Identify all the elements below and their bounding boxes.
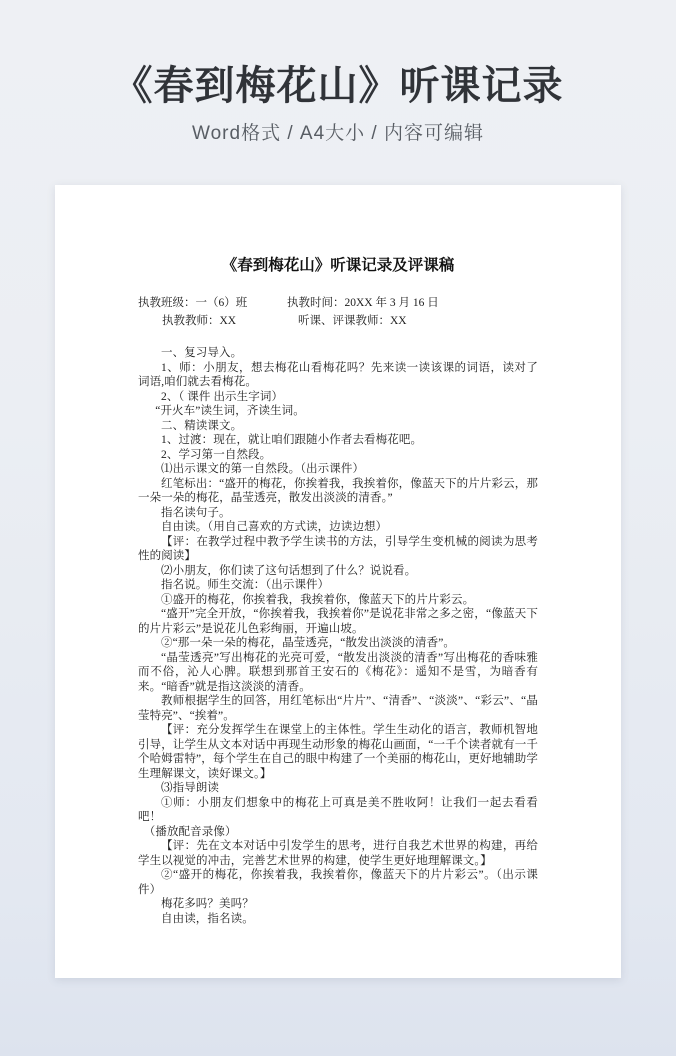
doc-paragraph: ①师：小朋友们想象中的梅花上可真是美不胜收阿！让我们一起去看看吧！ [138,796,538,825]
hero-header: 《春到梅花山》听课记录 Word格式 / A4大小 / 内容可编辑 [0,0,676,146]
meta-row: 执教教师：XX 听课、评课教师：XX [138,312,538,330]
doc-paragraph: ⑶指导朗读 [138,781,538,796]
doc-paragraph: 红笔标出：“盛开的梅花，你挨着我，我挨着你，像蓝天下的片片彩云，那一朵一朵的梅花… [138,477,538,506]
doc-paragraph: 教师根据学生的回答，用红笔标出“片片”、“清香”、“淡淡”、“彩云”、“晶莹特亮… [138,694,538,723]
doc-paragraph: “开火车”读生词，齐读生词。 [138,404,538,419]
meta-row: 执教班级：一（6）班 执教时间：20XX 年 3 月 16 日 [138,294,538,312]
doc-paragraph: 2、学习第一自然段。 [138,448,538,463]
doc-paragraph: 【评：充分发挥学生在课堂上的主体性。学生生动化的语言，教师机智地引导，让学生从文… [138,723,538,781]
doc-paragraph: 自由读，指名读。 [138,912,538,927]
doc-paragraph: 1、师：小朋友，想去梅花山看梅花吗？先来读一读该课的词语，读对了词语,咱们就去看… [138,361,538,390]
doc-paragraph: ①盛开的梅花，你挨着我，我挨着你，像蓝天下的片片彩云。 [138,593,538,608]
doc-paragraph: ②“那一朵一朵的梅花，晶莹透亮，“散发出淡淡的清香”。 [138,636,538,651]
doc-paragraph: 指名说。师生交流：（出示课件） [138,578,538,593]
hero-title: 《春到梅花山》听课记录 [0,62,676,110]
doc-paragraph: （播放配音录像） [138,825,538,840]
document-title: 《春到梅花山》听课记录及评课稿 [138,255,538,277]
doc-paragraph: 自由读。（用自己喜欢的方式读，边读边想） [138,520,538,535]
doc-paragraph: 二、精读课文。 [138,419,538,434]
a4-page: 《春到梅花山》听课记录及评课稿 执教班级：一（6）班 执教时间：20XX 年 3… [55,185,621,978]
doc-paragraph: ⑴出示课文的第一自然段。（出示课件） [138,462,538,477]
meta-class: 执教班级：一（6）班 [138,294,247,312]
doc-paragraph: 【评：在教学过程中教予学生读书的方法，引导学生变机械的阅读为思考性的阅读】 [138,535,538,564]
doc-paragraph: 2、（ 课件 出示生字词） [138,390,538,405]
doc-paragraph: “晶莹透亮”写出梅花的光亮可爱，“散发出淡淡的清香”写出梅花的香味雅而不俗，沁人… [138,651,538,695]
hero-subtitle: Word格式 / A4大小 / 内容可编辑 [0,122,676,146]
doc-paragraph: 梅花多吗？美吗？ [138,897,538,912]
doc-paragraph: 指名读句子。 [138,506,538,521]
doc-paragraph: 一、复习导入。 [138,346,538,361]
preview-background: 《春到梅花山》听课记录 Word格式 / A4大小 / 内容可编辑 《春到梅花山… [0,0,676,1056]
doc-paragraph: 【评：先在文本对话中引发学生的思考，进行自我艺术世界的构建，再给学生以视觉的冲击… [138,839,538,868]
document-content: 《春到梅花山》听课记录及评课稿 执教班级：一（6）班 执教时间：20XX 年 3… [138,185,538,926]
document-meta: 执教班级：一（6）班 执教时间：20XX 年 3 月 16 日 执教教师：XX … [138,294,538,330]
meta-date: 执教时间：20XX 年 3 月 16 日 [287,294,439,312]
doc-paragraph: “盛开”完全开放，“你挨着我，我挨着你”是说花非常之多之密，“像蓝天下的片片彩云… [138,607,538,636]
document-body: 一、复习导入。1、师：小朋友，想去梅花山看梅花吗？先来读一读该课的词语，读对了词… [138,346,538,926]
doc-paragraph: ⑵小朋友，你们读了这句话想到了什么？说说看。 [138,564,538,579]
meta-teacher: 执教教师：XX [162,312,236,330]
doc-paragraph: 1、过渡：现在，就让咱们跟随小作者去看梅花吧。 [138,433,538,448]
doc-paragraph: ②“盛开的梅花，你挨着我，我挨着你，像蓝天下的片片彩云”。（出示课件） [138,868,538,897]
meta-observer: 听课、评课教师：XX [298,312,407,330]
